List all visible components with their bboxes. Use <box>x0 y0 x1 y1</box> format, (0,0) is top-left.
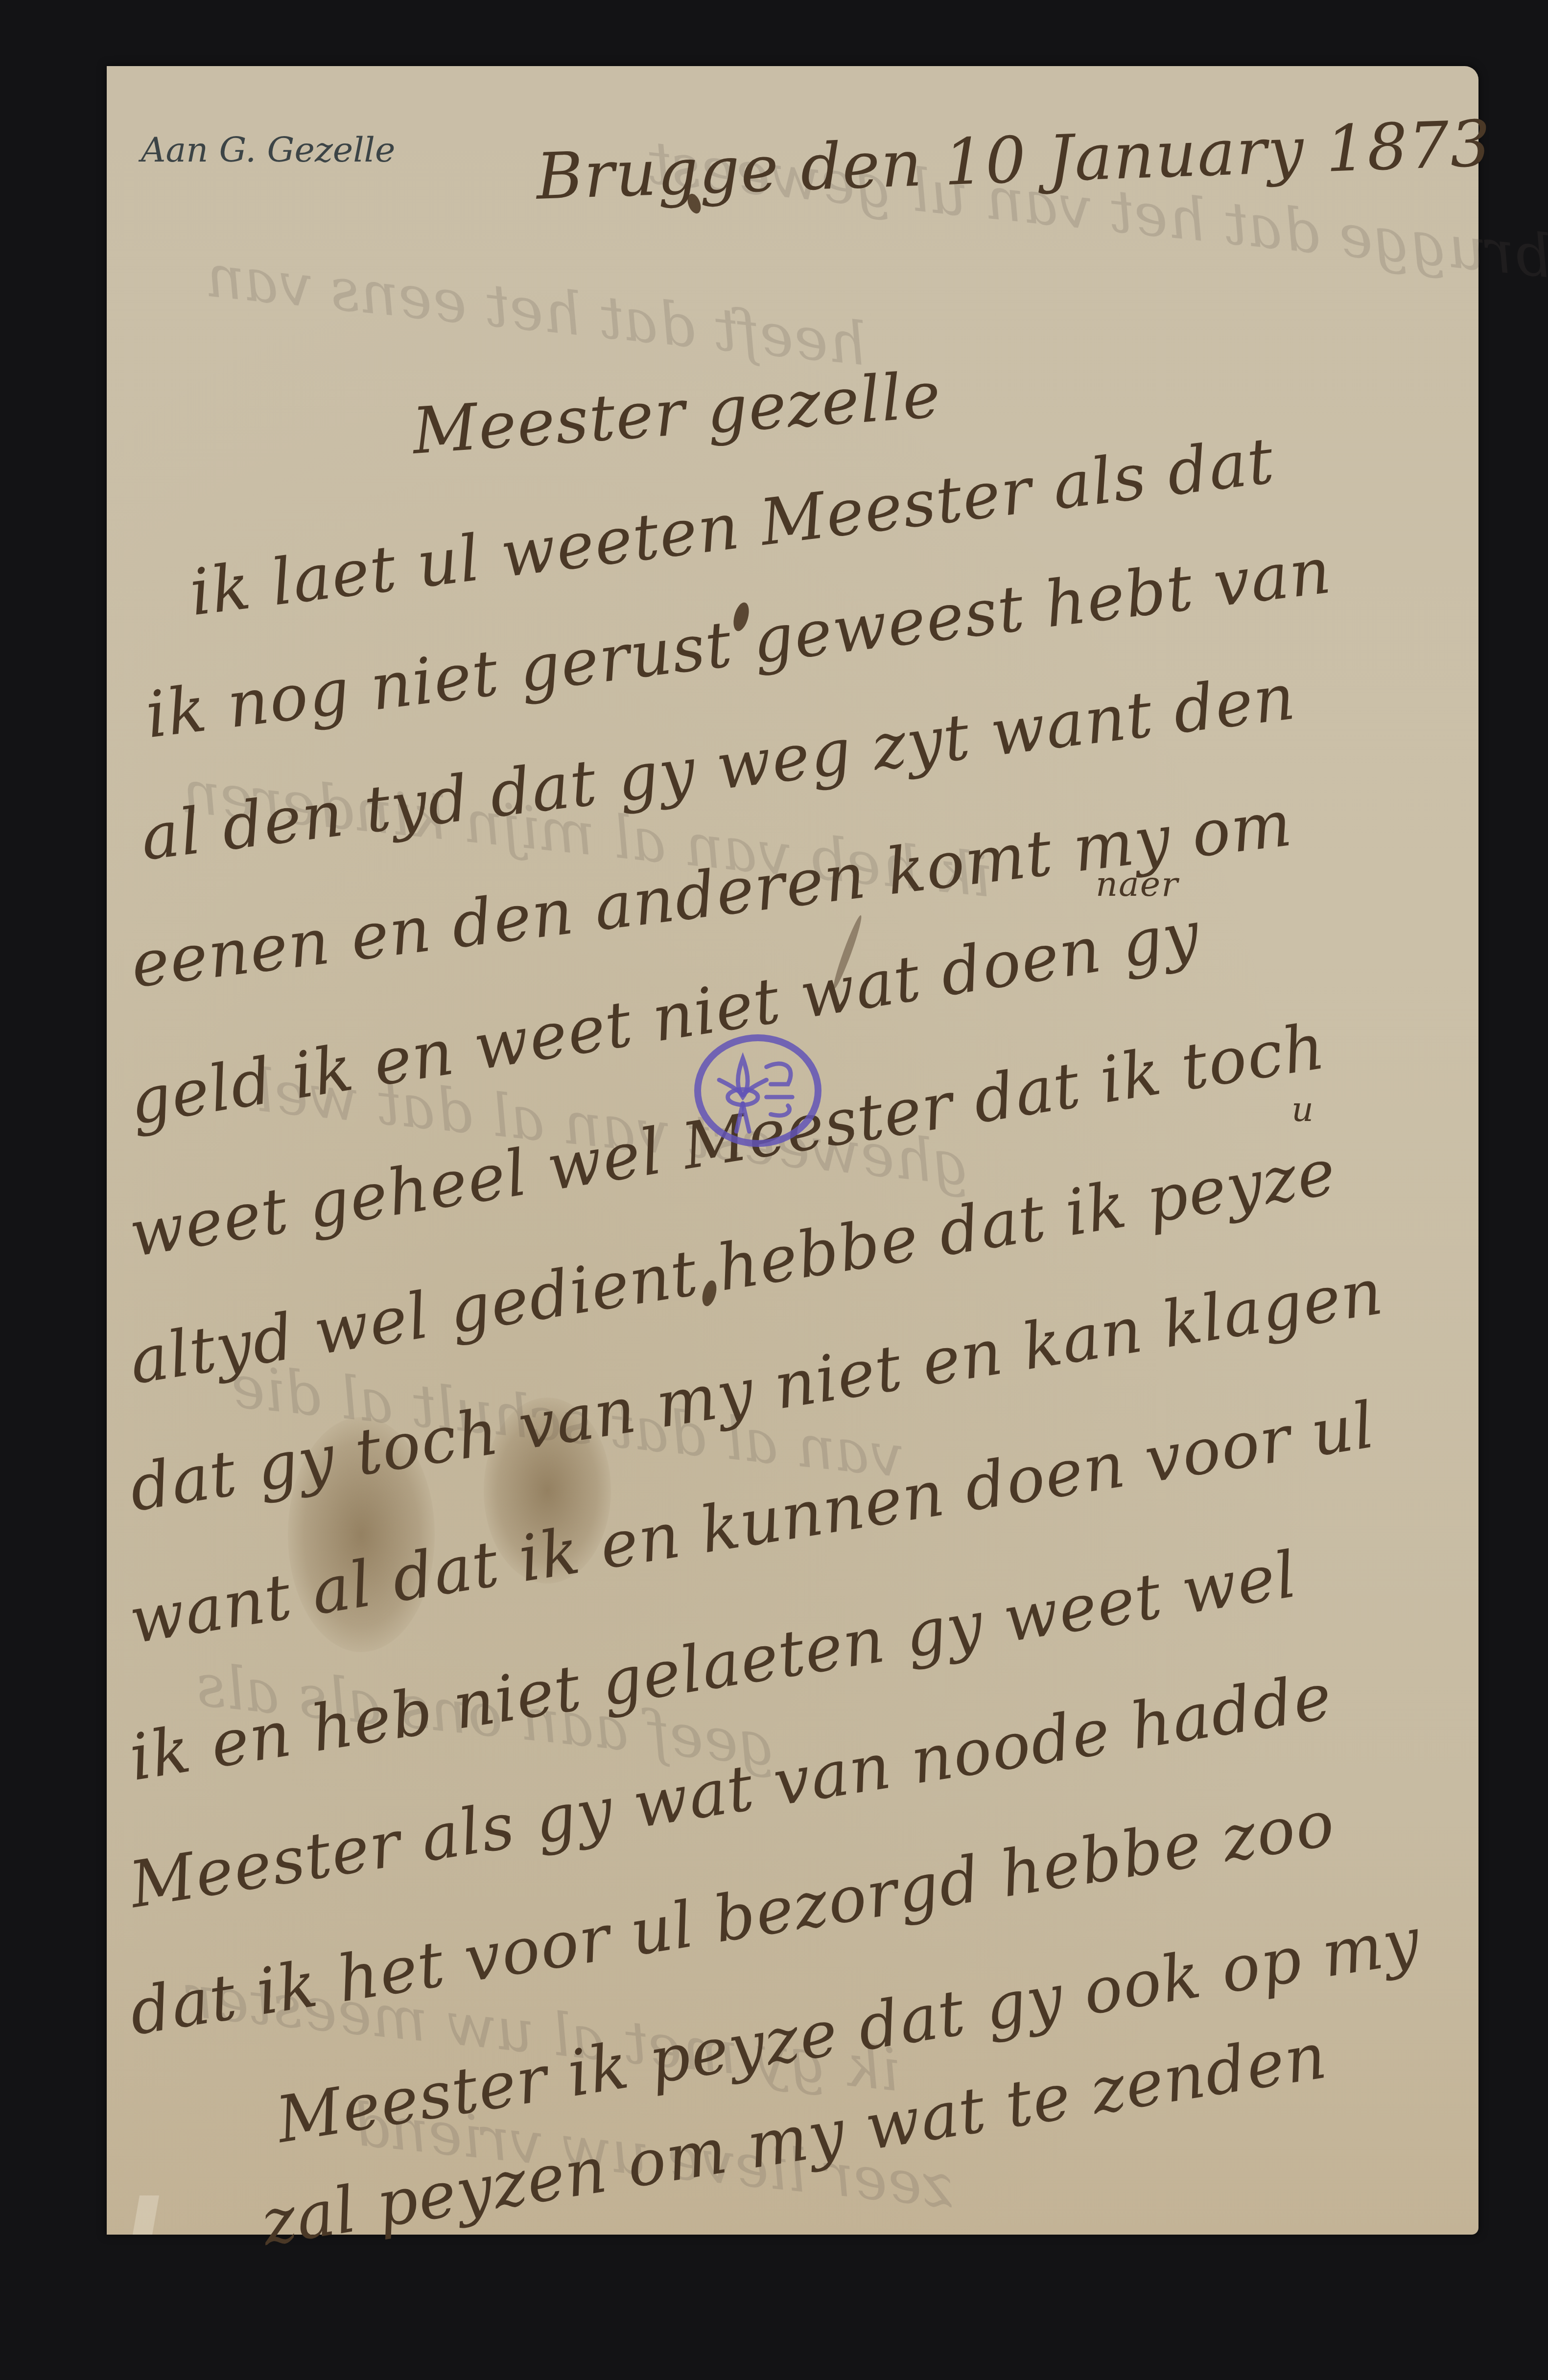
letter-page: is in brugge dat het van ul geweest heef… <box>107 66 1478 2235</box>
insertion-u: u <box>1291 1089 1314 1129</box>
recipient-annotation: Aan G. Gezelle <box>141 130 395 170</box>
bleed-through-text: heeft dat het eens van <box>203 242 869 379</box>
paper-tear <box>133 2195 159 2235</box>
stamp-glyph <box>701 1041 815 1140</box>
interlinear-insertion: u <box>1291 1089 1314 1129</box>
dateline: Brugge den 10 January 1873 <box>535 106 1493 214</box>
salutation: Meester gezelle <box>410 357 943 468</box>
fleur-de-lis-stamp-icon <box>694 1034 821 1147</box>
